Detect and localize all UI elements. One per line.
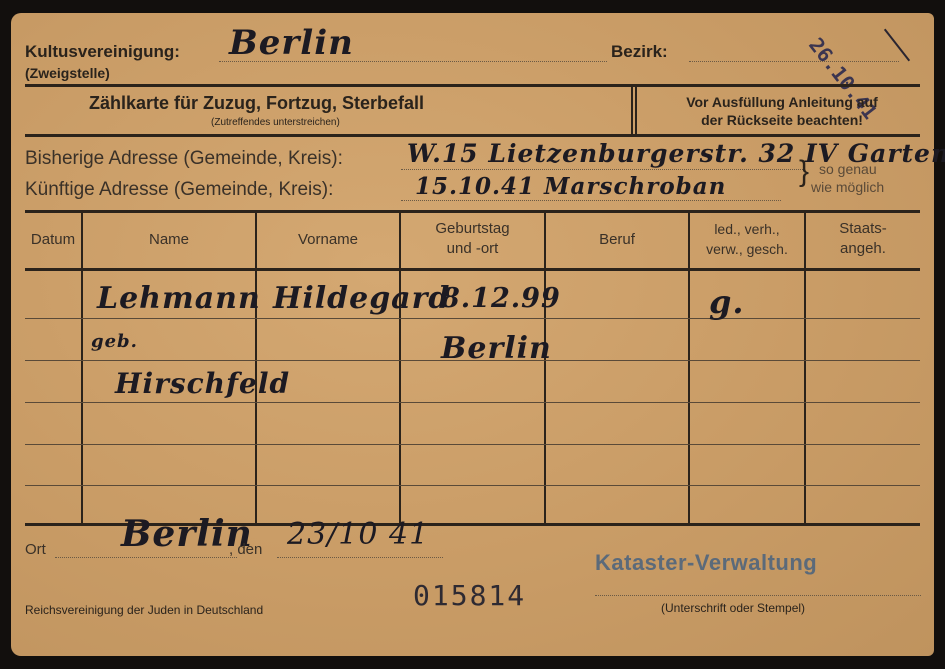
instruction-notice: Vor Ausfüllung Anleitung auf der Rücksei… xyxy=(643,93,921,129)
place-label: Ort xyxy=(25,541,46,558)
col-header-birth-line1: Geburtstag xyxy=(401,219,544,239)
serial-number: 015814 xyxy=(413,579,526,612)
col-header-status-line2: verw., gesch. xyxy=(690,239,804,259)
future-address-line xyxy=(401,200,781,201)
cell-vorname: Hildegard xyxy=(273,281,450,316)
col-header-status: led., verh., verw., gesch. xyxy=(690,219,804,259)
note-line-2: wie möglich xyxy=(811,179,884,195)
col-header-status-line1: led., verh., xyxy=(690,219,804,239)
registration-card: Kultusvereinigung: (Zweigstelle) Berlin … xyxy=(11,13,934,656)
cell-name-line2: geb. xyxy=(91,331,138,352)
card-title: Zählkarte für Zuzug, Fortzug, Sterbefall xyxy=(89,93,424,114)
col-header-citizenship: Staats- angeh. xyxy=(806,219,920,259)
stamp-kataster: Kataster-Verwaltung xyxy=(595,550,817,576)
notice-line-2: der Rückseite beachten! xyxy=(643,111,921,129)
notice-line-1: Vor Ausfüllung Anleitung auf xyxy=(643,93,921,111)
previous-address-line xyxy=(401,169,803,170)
check-mark xyxy=(884,29,910,62)
row-line xyxy=(25,318,920,319)
divider xyxy=(25,134,920,137)
place-line xyxy=(55,557,237,558)
row-line xyxy=(25,402,920,403)
col-header-citizen-line1: Staats- xyxy=(806,219,920,239)
col-header-birth: Geburtstag und -ort xyxy=(401,219,544,259)
brace: } xyxy=(799,155,809,189)
org-sub-label: (Zweigstelle) xyxy=(25,65,110,81)
row-line xyxy=(25,444,920,445)
future-address-label: Künftige Adresse (Gemeinde, Kreis): xyxy=(25,179,333,201)
future-address-value: 15.10.41 Marschroban xyxy=(415,173,726,200)
date-line xyxy=(277,557,443,558)
cell-birthplace: Berlin xyxy=(441,331,552,366)
header-divider xyxy=(25,268,920,271)
cell-marital-status: g. xyxy=(709,283,745,321)
publisher-label: Reichsvereinigung der Juden in Deutschla… xyxy=(25,603,263,617)
col-header-beruf: Beruf xyxy=(546,230,688,250)
col-sep xyxy=(81,212,83,524)
signature-label: (Unterschrift oder Stempel) xyxy=(661,601,805,615)
note-line-1: so genau xyxy=(819,161,877,177)
col-sep xyxy=(544,212,546,524)
col-header-citizen-line2: angeh. xyxy=(806,239,920,259)
date-value: 23/10 41 xyxy=(287,517,429,552)
col-header-vorname: Vorname xyxy=(257,230,399,250)
date-label: , den xyxy=(229,541,262,558)
cell-name: Lehmann xyxy=(97,281,261,316)
col-header-datum: Datum xyxy=(21,230,85,250)
divider xyxy=(25,84,920,87)
col-header-birth-line2: und -ort xyxy=(401,239,544,259)
district-label: Bezirk: xyxy=(611,42,668,62)
col-header-name: Name xyxy=(83,230,255,250)
previous-address-label: Bisherige Adresse (Gemeinde, Kreis): xyxy=(25,148,343,170)
row-line xyxy=(25,485,920,486)
divider xyxy=(25,210,920,213)
title-divider xyxy=(631,87,633,135)
cell-name-line3: Hirschfeld xyxy=(115,367,290,400)
district-dotted-line xyxy=(689,61,899,62)
cell-birthdate: 8.12.99 xyxy=(441,283,561,314)
org-value: Berlin xyxy=(229,23,354,63)
title-divider-2 xyxy=(635,87,637,135)
signature-line xyxy=(595,595,921,596)
card-subtitle: (Zutreffendes unterstreichen) xyxy=(211,117,340,128)
org-label: Kultusvereinigung: xyxy=(25,42,180,62)
